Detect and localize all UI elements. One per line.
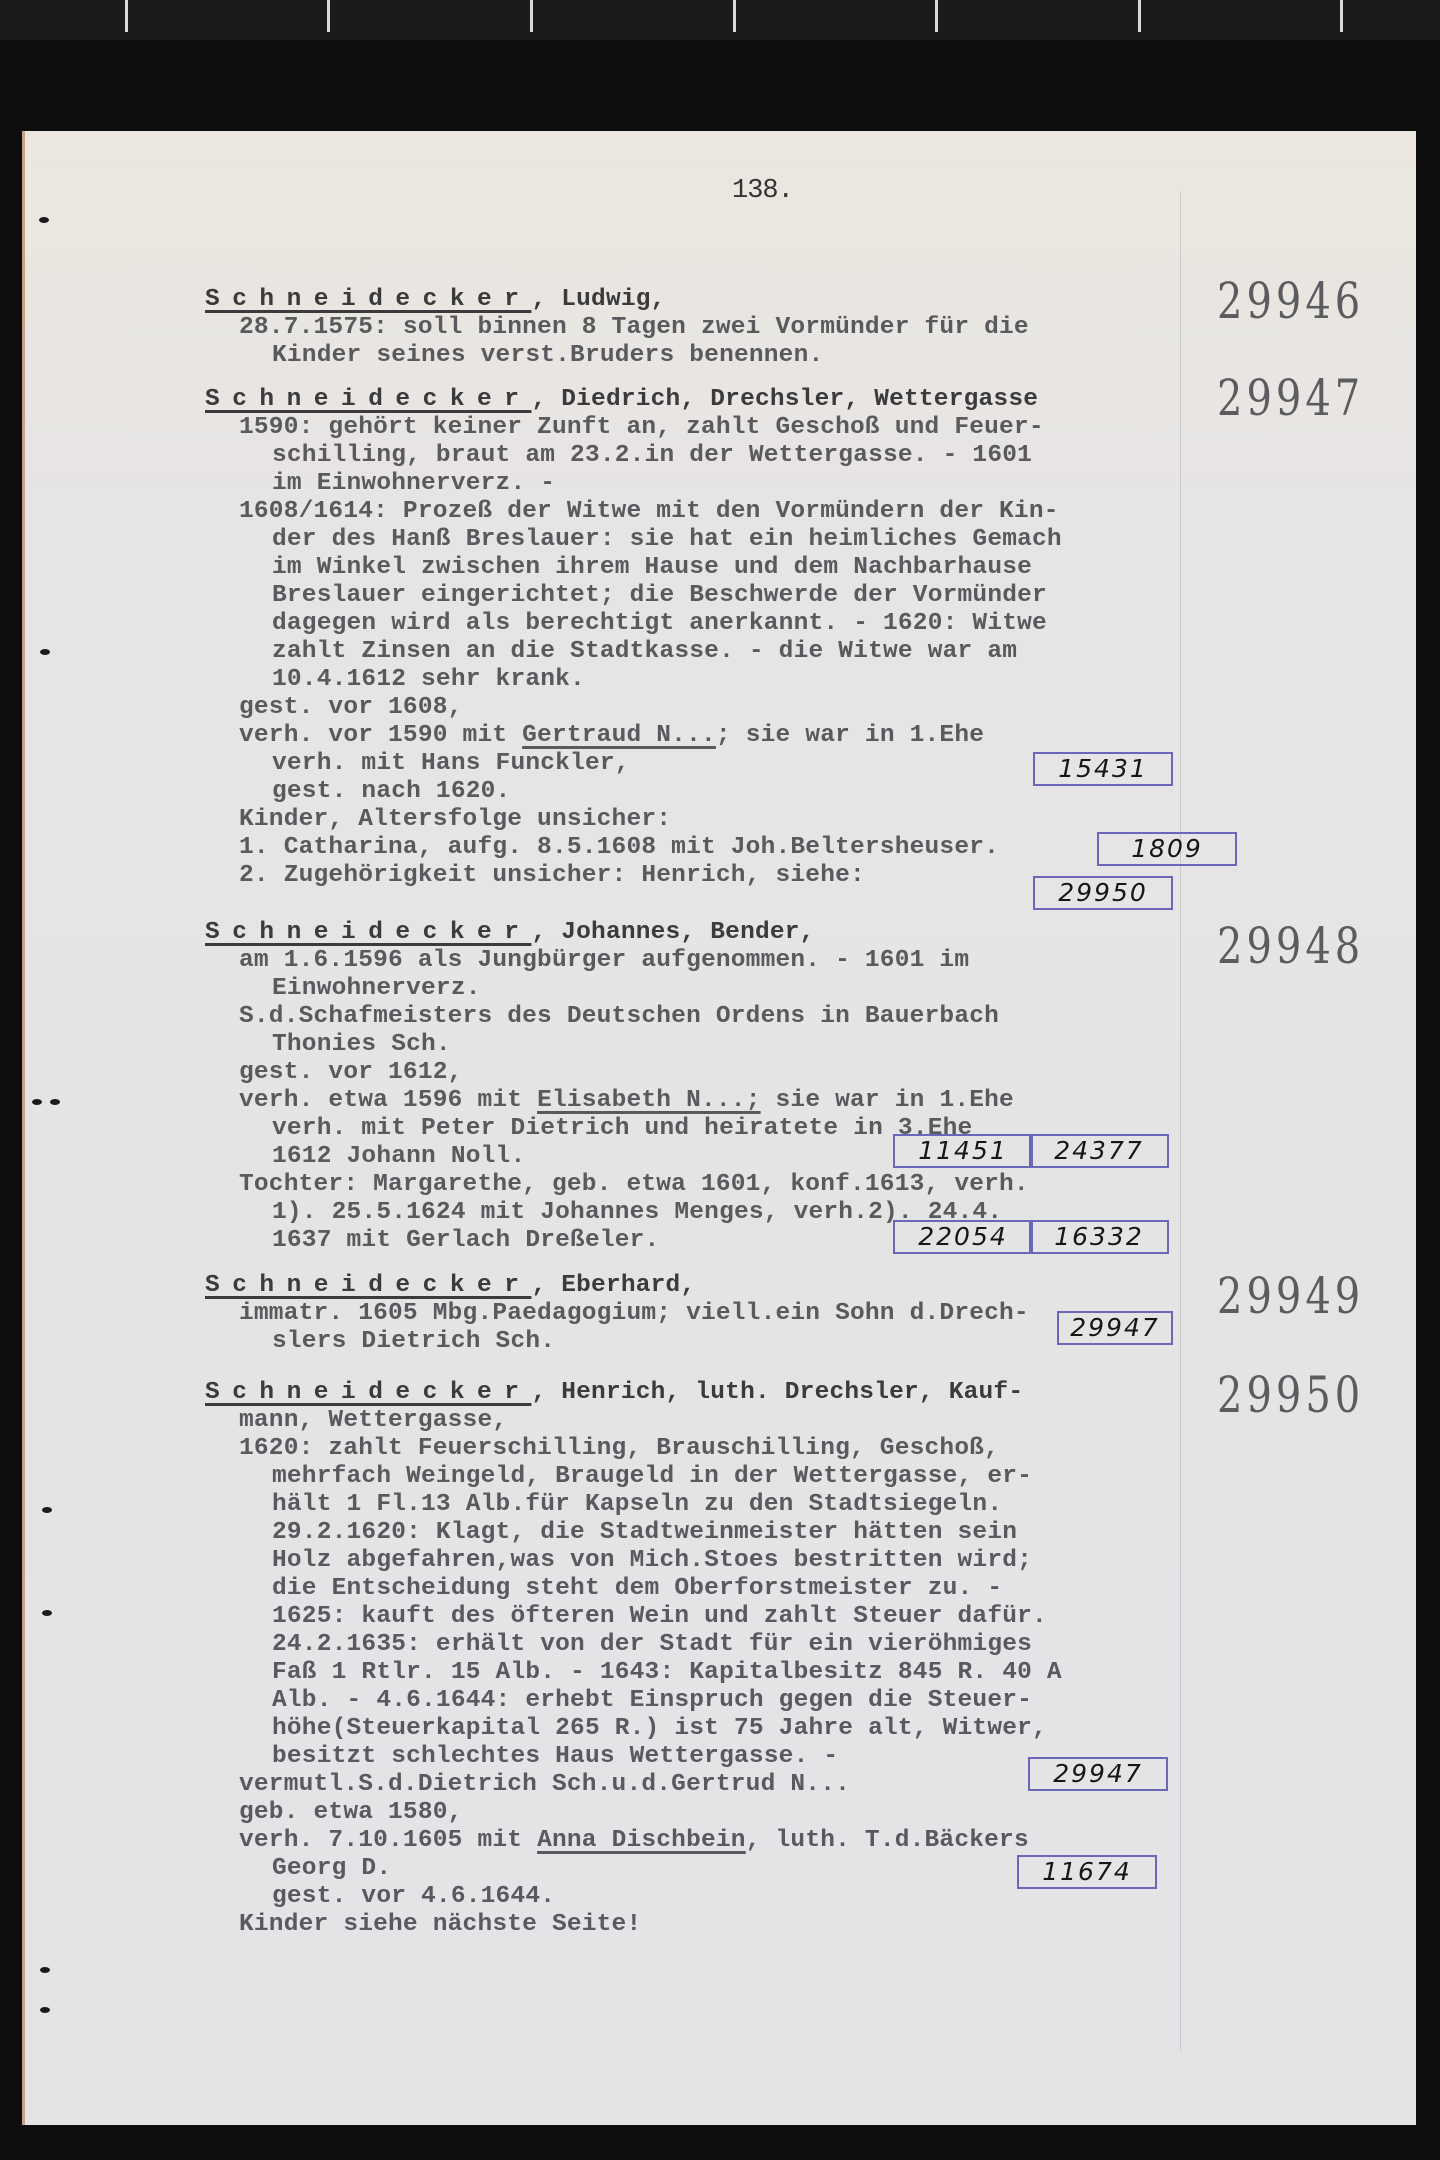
entry-line: dagegen wird als berechtigt anerkannt. -…: [272, 610, 1047, 638]
entry-line: 1625: kauft des öfteren Wein und zahlt S…: [272, 1603, 1047, 1631]
entry-line: 1612 Johann Noll.: [272, 1143, 525, 1171]
punch-hole-mark: [40, 2007, 50, 2013]
spouse-name: Gertraud N...: [522, 722, 716, 749]
entry-line: Georg D.: [272, 1855, 391, 1883]
entry-line: Alb. - 4.6.1644: erhebt Einspruch gegen …: [272, 1687, 1032, 1715]
entry-line: besitzt schlechtes Haus Wettergasse. -: [272, 1743, 838, 1771]
punch-hole-mark: [50, 1099, 60, 1105]
entry-line: Einwohnerverz.: [272, 975, 481, 1003]
reference-box: 29950: [1033, 876, 1173, 910]
reference-box: 16332: [1029, 1220, 1169, 1254]
entry-line: 29.2.1620: Klagt, die Stadtweinmeister h…: [272, 1519, 1017, 1547]
entry-line: Faß 1 Rtlr. 15 Alb. - 1643: Kapitalbesit…: [272, 1659, 1062, 1687]
entry-line: 1590: gehört keiner Zunft an, zahlt Gesc…: [239, 414, 1044, 442]
surname: Schneidecker: [205, 919, 531, 946]
entry-line: vermutl.S.d.Dietrich Sch.u.d.Gertrud N..…: [239, 1771, 850, 1799]
entry-line: verh. vor 1590 mit Gertraud N...; sie wa…: [239, 722, 984, 750]
entry-line: verh. etwa 1596 mit Elisabeth N...; sie …: [239, 1087, 1014, 1115]
surname: Schneidecker: [205, 386, 531, 413]
spouse-name: Elisabeth N...;: [537, 1087, 761, 1114]
reference-box: 1809: [1097, 832, 1237, 866]
entry-line: Holz abgefahren,was von Mich.Stoes bestr…: [272, 1547, 1032, 1575]
entry-line: am 1.6.1596 als Jungbürger aufgenommen. …: [239, 947, 969, 975]
entry-header: Schneidecker, Eberhard,: [205, 1272, 695, 1300]
entry-line: verh. mit Hans Funckler,: [272, 750, 630, 778]
entry-line: im Einwohnerverz. -: [272, 470, 555, 498]
entry-line: Thonies Sch.: [272, 1031, 451, 1059]
reference-box: 15431: [1033, 752, 1173, 786]
entry-line: höhe(Steuerkapital 265 R.) ist 75 Jahre …: [272, 1715, 1047, 1743]
document-page: 138. 29946 Schneidecker, Ludwig, 28.7.15…: [22, 131, 1416, 2125]
film-tick: [935, 0, 938, 32]
punch-hole-mark: [32, 1099, 42, 1105]
punch-hole-mark: [40, 649, 50, 655]
continuation-note: Kinder siehe nächste Seite!: [239, 1911, 641, 1939]
entry-line: slers Dietrich Sch.: [272, 1328, 555, 1356]
film-tick: [1340, 0, 1343, 32]
reference-box: 11451: [893, 1134, 1033, 1168]
film-tick: [733, 0, 736, 32]
surname: Schneidecker: [205, 1379, 531, 1406]
entry-line: 1620: zahlt Feuerschilling, Brauschillin…: [239, 1435, 999, 1463]
entry-line: 24.2.1635: erhält von der Stadt für ein …: [272, 1631, 1032, 1659]
reference-box: 29947: [1028, 1757, 1168, 1791]
entry-line: Tochter: Margarethe, geb. etwa 1601, kon…: [239, 1171, 1029, 1199]
film-tick: [530, 0, 533, 32]
reference-box: 29947: [1057, 1311, 1173, 1345]
entry-line: die Entscheidung steht dem Oberforstmeis…: [272, 1575, 1002, 1603]
reference-box: 24377: [1029, 1134, 1169, 1168]
entry-line: gest. vor 1612,: [239, 1059, 463, 1087]
entry-header: Schneidecker, Henrich, luth. Drechsler, …: [205, 1379, 1023, 1407]
film-tick: [1138, 0, 1141, 32]
entry-line: mehrfach Weingeld, Braugeld in der Wette…: [272, 1463, 1032, 1491]
entry-header: Schneidecker, Diedrich, Drechsler, Wette…: [205, 386, 1038, 414]
entry-line: Breslauer eingerichtet; die Beschwerde d…: [272, 582, 1047, 610]
entry-line: S.d.Schafmeisters des Deutschen Ordens i…: [239, 1003, 999, 1031]
entry-line: 2. Zugehörigkeit unsicher: Henrich, sieh…: [239, 862, 865, 890]
page-number: 138.: [732, 176, 793, 206]
entry-line: gest. vor 4.6.1644.: [272, 1883, 555, 1911]
entry-number: 29947: [1217, 370, 1364, 428]
entry-line: hält 1 Fl.13 Alb.für Kapseln zu den Stad…: [272, 1491, 1002, 1519]
entry-line: schilling, braut am 23.2.in der Wetterga…: [272, 442, 1032, 470]
spouse-name: Anna Dischbein: [537, 1827, 746, 1854]
punch-hole-mark: [40, 1967, 50, 1973]
entry-number: 29948: [1217, 918, 1364, 976]
entry-line: 1637 mit Gerlach Dreßeler.: [272, 1227, 659, 1255]
entry-line: immatr. 1605 Mbg.Paedagogium; viell.ein …: [239, 1300, 1029, 1328]
punch-hole-mark: [39, 217, 49, 223]
entry-line: 10.4.1612 sehr krank.: [272, 666, 585, 694]
entry-line: verh. mit Peter Dietrich und heiratete i…: [272, 1115, 972, 1143]
entry-line: Kinder, Altersfolge unsicher:: [239, 806, 671, 834]
entry-line: 28.7.1575: soll binnen 8 Tagen zwei Vorm…: [239, 314, 1029, 342]
entry-line: gest. nach 1620.: [272, 778, 510, 806]
entry-line: zahlt Zinsen an die Stadtkasse. - die Wi…: [272, 638, 1017, 666]
punch-hole-mark: [42, 1507, 52, 1513]
entry-line: verh. 7.10.1605 mit Anna Dischbein, luth…: [239, 1827, 1029, 1855]
entry-line: 1. Catharina, aufg. 8.5.1608 mit Joh.Bel…: [239, 834, 999, 862]
film-tick: [327, 0, 330, 32]
entry-number: 29950: [1217, 1367, 1364, 1425]
entry-line: der des Hanß Breslauer: sie hat ein heim…: [272, 526, 1062, 554]
margin-rule: [1180, 191, 1181, 2051]
surname: Schneidecker: [205, 1272, 531, 1299]
surname: Schneidecker: [205, 286, 531, 313]
entry-number: 29946: [1217, 273, 1364, 331]
film-strip: [0, 0, 1440, 40]
reference-box: 22054: [893, 1220, 1033, 1254]
entry-header: Schneidecker, Johannes, Bender,: [205, 919, 815, 947]
punch-hole-mark: [42, 1610, 52, 1616]
entry-line: 1608/1614: Prozeß der Witwe mit den Vorm…: [239, 498, 1059, 526]
film-tick: [125, 0, 128, 32]
entry-number: 29949: [1217, 1268, 1364, 1326]
entry-line: mann, Wettergasse,: [239, 1407, 507, 1435]
entry-line: Kinder seines verst.Bruders benennen.: [272, 342, 823, 370]
entry-header: Schneidecker, Ludwig,: [205, 286, 666, 314]
entry-line: gest. vor 1608,: [239, 694, 463, 722]
entry-line: geb. etwa 1580,: [239, 1799, 463, 1827]
reference-box: 11674: [1017, 1855, 1157, 1889]
entry-line: im Winkel zwischen ihrem Hause und dem N…: [272, 554, 1032, 582]
